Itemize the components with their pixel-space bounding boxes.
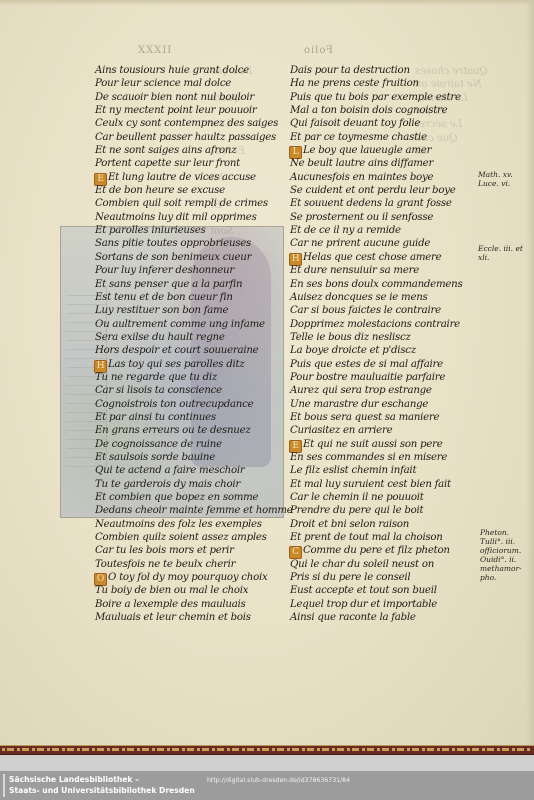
verse-line: Combien quil soit rempli de crimes bbox=[95, 197, 290, 210]
verse-line-text: Et par ce toymesme chastie bbox=[290, 132, 427, 143]
verse-line-text: Et de ce il ny a remide bbox=[290, 225, 401, 236]
verse-line: Curiasitez en arriere bbox=[290, 424, 485, 437]
verse-line-text: Et par ainsi tu continues bbox=[95, 412, 216, 423]
verse-line-text: Et qui ne suit aussi son pere bbox=[303, 439, 443, 450]
verse-line-text: Sera exilse du hault regne bbox=[95, 332, 225, 343]
rubricated-initial-icon: H bbox=[290, 254, 301, 265]
verse-line-text: Tu te garderois dy mais choir bbox=[95, 479, 240, 490]
verse-line: Neautmoins des folz les exemples bbox=[95, 518, 290, 531]
rubricated-initial-icon: C bbox=[290, 547, 301, 558]
verse-line: Hors despoir et court souueraine bbox=[95, 344, 290, 357]
gilt-tooling bbox=[2, 748, 530, 751]
verse-line-text: Aurez qui sera trop estrange bbox=[290, 385, 432, 396]
verse-line: Et combien que bopez en somme bbox=[95, 491, 290, 504]
verse-line: Dedans cheoir mainte femme et homme bbox=[95, 504, 290, 517]
margin-note-line: officiorum. bbox=[480, 546, 522, 555]
rubricated-initial-icon: E bbox=[95, 174, 106, 185]
scan-background bbox=[0, 755, 534, 771]
verse-line: Et bous sera quest sa maniere bbox=[290, 411, 485, 424]
verse-line-text: Pris si du pere le conseil bbox=[290, 572, 410, 583]
verse-line-text: Et sans penser que a la parfin bbox=[95, 279, 242, 290]
verse-line: Car ne prirent aucune guide bbox=[290, 237, 485, 250]
verse-line-text: Car ne prirent aucune guide bbox=[290, 238, 430, 249]
verse-line: HHelas que cest chose amere bbox=[290, 251, 485, 264]
verse-line-text: Neautmoins luy dit mil opprimes bbox=[95, 212, 257, 223]
verse-line: Portent capette sur leur front bbox=[95, 157, 290, 170]
verse-line: Luy restituer son bon fame bbox=[95, 304, 290, 317]
verse-line: Se cuident et ont perdu leur boye bbox=[290, 184, 485, 197]
verse-line: Le filz eslist chemin infait bbox=[290, 464, 485, 477]
verse-line: Cognoistrois ton outrecupdance bbox=[95, 398, 290, 411]
verse-line: Mauluais et leur chemin et bois bbox=[95, 611, 290, 624]
show-through-text: Le secret bbox=[415, 119, 462, 130]
margin-note-line: methamor- bbox=[480, 564, 522, 573]
verse-line-text: Portent capette sur leur front bbox=[95, 158, 240, 169]
verse-line-text: Car beullent passer haultz passaiges bbox=[95, 132, 276, 143]
verse-line-text: Toutesfois ne te beulx cherir bbox=[95, 559, 235, 570]
verse-line: De scauoir bien nont nul bouloir bbox=[95, 91, 290, 104]
page-top-shadow bbox=[0, 0, 534, 6]
verse-line-text: Combien quil soit rempli de crimes bbox=[95, 198, 268, 209]
margin-note-line: Eccle. iii. et bbox=[478, 244, 523, 253]
verse-line-text: Pour luy inferer deshonneur bbox=[95, 265, 234, 276]
verse-line-text: Dedans cheoir mainte femme et homme bbox=[95, 505, 293, 516]
verse-line: Droit et bni selon raison bbox=[290, 518, 485, 531]
verse-line: Prendre du pere qui le boit bbox=[290, 504, 485, 517]
verse-line-text: Et prent de tout mal la choison bbox=[290, 532, 443, 543]
verse-line: Se prosternent ou il senfosse bbox=[290, 211, 485, 224]
verse-line: Lequel trop dur et importable bbox=[290, 598, 485, 611]
margin-note-gospel-reference: Math. xv.Luce. vi. bbox=[478, 170, 513, 188]
verse-line-text: Ou aultrement comme ung infame bbox=[95, 319, 265, 330]
margin-note-line: Tulli°. iii. bbox=[480, 537, 522, 546]
verse-line-text: Car tu les bois mors et perir bbox=[95, 545, 234, 556]
verse-line-text: Qui faisoit deuant toy folie bbox=[290, 118, 420, 129]
verse-line: Sortans de son benimeux cueur bbox=[95, 251, 290, 264]
verse-line: Et de bon heure se excuse bbox=[95, 184, 290, 197]
rubricated-initial-icon: L bbox=[290, 147, 301, 158]
margin-note-line: Ouidi°. ii. bbox=[480, 555, 522, 564]
margin-note-line: xli. bbox=[478, 253, 523, 262]
verse-line-text: De cognoissance de ruine bbox=[95, 439, 222, 450]
verse-line-text: Neautmoins des folz les exemples bbox=[95, 519, 262, 530]
show-through-text: Et bbox=[415, 146, 426, 157]
verse-line: Pris si du pere le conseil bbox=[290, 571, 485, 584]
verse-line-text: Ceulx cy sont contempnez des saiges bbox=[95, 118, 278, 129]
manuscript-page: XXXII Folio Ains tousiours huie grant do… bbox=[0, 0, 534, 745]
verse-line-text: Pour bostre mauluaitie parfaire bbox=[290, 372, 445, 383]
verse-line-text: Curiasitez en arriere bbox=[290, 425, 392, 436]
verse-line-text: En ses bons doulx commandemens bbox=[290, 279, 462, 290]
verse-line: Ceulx cy sont contempnez des saiges bbox=[95, 117, 290, 130]
verse-line-text: Helas que cest chose amere bbox=[303, 252, 441, 263]
verse-line-text: Et ny mectent point leur pouuoir bbox=[95, 105, 257, 116]
verse-line-text: Et parolles iniurieuses bbox=[95, 225, 205, 236]
show-through-text: Le x bbox=[210, 119, 231, 130]
permalink-url[interactable]: http://digital.slub-dresden.de/id3786367… bbox=[207, 777, 350, 784]
verse-line: Mal a ton boisin dois cognoistre bbox=[290, 104, 485, 117]
verse-line: Aurez qui sera trop estrange bbox=[290, 384, 485, 397]
verse-line: EEt qui ne suit aussi son pere bbox=[290, 438, 485, 451]
verse-line-text: Tu boiy de bien ou mal le choix bbox=[95, 585, 248, 596]
verse-line: Tu boiy de bien ou mal le choix bbox=[95, 584, 290, 597]
verse-line: Combien quilz soient assez amples bbox=[95, 531, 290, 544]
verse-line-text: Et bous sera quest sa maniere bbox=[290, 412, 439, 423]
verse-line: EEt lung lautre de vices accuse bbox=[95, 171, 290, 184]
verse-line-text: Se cuident et ont perdu leur boye bbox=[290, 185, 456, 196]
show-through-text: Quatre choses bbox=[415, 66, 488, 77]
verse-line: Qui te actend a faire meschoir bbox=[95, 464, 290, 477]
verse-line: Car le chemin il ne pouuoit bbox=[290, 491, 485, 504]
verse-line: Ne beult lautre ains diffamer bbox=[290, 157, 485, 170]
verse-line: Auisez doncques se ie mens bbox=[290, 291, 485, 304]
verse-line: Car si bous faictes le contraire bbox=[290, 304, 485, 317]
verse-line: Une marastre dur eschange bbox=[290, 398, 485, 411]
margin-note-line: Luce. vi. bbox=[478, 179, 513, 188]
verse-line-text: Et combien que bopez en somme bbox=[95, 492, 258, 503]
show-through-text: Sont bbox=[210, 226, 233, 237]
verse-line-text: Et mal luy suruient cest bien fait bbox=[290, 479, 451, 490]
verse-line: Ainsi que raconte la fable bbox=[290, 611, 485, 624]
institution-name-line1: Sächsische Landesbibliothek – bbox=[9, 774, 195, 785]
verse-line-text: Ne beult lautre ains diffamer bbox=[290, 158, 433, 169]
verse-line-text: Le boy que laueugle amer bbox=[303, 145, 431, 156]
verse-line: Pour luy inferer deshonneur bbox=[95, 264, 290, 277]
verse-line: Et ny mectent point leur pouuoir bbox=[95, 104, 290, 117]
verse-line-text: Se prosternent ou il senfosse bbox=[290, 212, 433, 223]
verse-line-text: Telle ie bous diz nesliscz bbox=[290, 332, 411, 343]
verse-line: Puis que estes de si mal affaire bbox=[290, 358, 485, 371]
institution-name-line2: Staats- und Universitätsbibliothek Dresd… bbox=[9, 785, 195, 796]
verse-line-text: Comme du pere et filz pheton bbox=[303, 545, 450, 556]
verse-line-text: Car le chemin il ne pouuoit bbox=[290, 492, 424, 503]
verse-line: LLe boy que laueugle amer bbox=[290, 144, 485, 157]
verse-line-text: Ha ne prens ceste fruition bbox=[290, 78, 419, 89]
verse-line-text: Et dure nensuiuir sa mere bbox=[290, 265, 419, 276]
verse-line-text: Dais pour ta destruction bbox=[290, 65, 410, 76]
verse-line-text: Pour leur science mal dolce bbox=[95, 78, 231, 89]
running-head-folio-number: XXXII bbox=[138, 45, 172, 56]
verse-line-text: Le filz eslist chemin infait bbox=[290, 465, 416, 476]
text-column-left: Ains tousiours huie grant dolcePour leur… bbox=[95, 64, 290, 624]
verse-line-text: En grans erreurs ou te desnuez bbox=[95, 425, 251, 436]
verse-line: Neautmoins luy dit mil opprimes bbox=[95, 211, 290, 224]
verse-line-text: Et souuent dedens la grant fosse bbox=[290, 198, 452, 209]
rubricated-initial-icon: O bbox=[95, 574, 106, 585]
show-through-text: Le chemin bbox=[415, 93, 468, 104]
show-through-text: Et leur bbox=[210, 146, 245, 157]
verse-line: Car beullent passer haultz passaiges bbox=[95, 131, 290, 144]
verse-line-text: Eust accepte et tout son bueil bbox=[290, 585, 437, 596]
verse-line: Toutesfois ne te beulx cherir bbox=[95, 558, 290, 571]
margin-note-classical-reference: Pheton.Tulli°. iii.officiorum.Ouidi°. ii… bbox=[480, 528, 522, 582]
verse-line-text: Combien quilz soient assez amples bbox=[95, 532, 267, 543]
verse-line: Boire a lexemple des mauluais bbox=[95, 598, 290, 611]
verse-line: Et prent de tout mal la choison bbox=[290, 531, 485, 544]
verse-line-text: Est tenu et de bon cueur fin bbox=[95, 292, 233, 303]
verse-line: Qui le char du soleil neust on bbox=[290, 558, 485, 571]
verse-line: Car si lisois ta conscience bbox=[95, 384, 290, 397]
verse-line: Eust accepte et tout son bueil bbox=[290, 584, 485, 597]
margin-note-line: Math. xv. bbox=[478, 170, 513, 179]
verse-line-text: Sortans de son benimeux cueur bbox=[95, 252, 251, 263]
verse-line-text: Puis que estes de si mal affaire bbox=[290, 359, 443, 370]
verse-line: Et dure nensuiuir sa mere bbox=[290, 264, 485, 277]
verse-line: Tu te garderois dy mais choir bbox=[95, 478, 290, 491]
verse-line: Car tu les bois mors et perir bbox=[95, 544, 290, 557]
verse-line: Sera exilse du hault regne bbox=[95, 331, 290, 344]
show-through-text: Que cite bbox=[415, 133, 457, 144]
verse-line: Et ne sont saiges ains afronz bbox=[95, 144, 290, 157]
show-through-text: Mi bbox=[210, 173, 223, 184]
verse-line-text: Dopprimez molestacions contraire bbox=[290, 319, 460, 330]
rubricated-initial-icon: E bbox=[290, 441, 301, 452]
verse-line: Dopprimez molestacions contraire bbox=[290, 318, 485, 331]
verse-line-text: Qui te actend a faire meschoir bbox=[95, 465, 245, 476]
verse-line: Et saulsois sorde bauine bbox=[95, 451, 290, 464]
verse-line: Telle ie bous diz nesliscz bbox=[290, 331, 485, 344]
verse-line: Sans pitie toutes opprobrieuses bbox=[95, 237, 290, 250]
institution-name: Sächsische Landesbibliothek – Staats- un… bbox=[9, 774, 195, 796]
library-footer: Sächsische Landesbibliothek – Staats- un… bbox=[0, 771, 534, 800]
verse-line: La boye droicte et p'discz bbox=[290, 344, 485, 357]
margin-note-ecclesiasticus-reference: Eccle. iii. etxli. bbox=[478, 244, 523, 262]
verse-line-text: Ainsi que raconte la fable bbox=[290, 612, 416, 623]
verse-line-text: Boire a lexemple des mauluais bbox=[95, 599, 246, 610]
verse-line: Et sans penser que a la parfin bbox=[95, 278, 290, 291]
verse-line-text: Luy restituer son bon fame bbox=[95, 305, 228, 316]
verse-line: Pour bostre mauluaitie parfaire bbox=[290, 371, 485, 384]
text-column-right: Dais pour ta destructionHa ne prens cest… bbox=[290, 64, 485, 624]
verse-line-text: Mauluais et leur chemin et bois bbox=[95, 612, 251, 623]
verse-line: Aucunesfois en maintes boye bbox=[290, 171, 485, 184]
verse-line: De cognoissance de ruine bbox=[95, 438, 290, 451]
rubricated-initial-icon: H bbox=[95, 361, 106, 372]
verse-line: Et souuent dedens la grant fosse bbox=[290, 197, 485, 210]
verse-line-text: La boye droicte et p'discz bbox=[290, 345, 416, 356]
verse-line-text: Aucunesfois en maintes boye bbox=[290, 172, 433, 183]
show-through-text: Ne tairoie on bbox=[415, 79, 482, 90]
verse-line-text: Tu ne regarde que tu diz bbox=[95, 372, 217, 383]
verse-line: Et parolles iniurieuses bbox=[95, 224, 290, 237]
verse-line-text: Prendre du pere qui le boit bbox=[290, 505, 423, 516]
verse-line: Pour leur science mal dolce bbox=[95, 77, 290, 90]
verse-line: CComme du pere et filz pheton bbox=[290, 544, 485, 557]
verse-line: En grans erreurs ou te desnuez bbox=[95, 424, 290, 437]
verse-line-text: Et de bon heure se excuse bbox=[95, 185, 225, 196]
verse-line-text: Sans pitie toutes opprobrieuses bbox=[95, 238, 251, 249]
verse-line: Tu ne regarde que tu diz bbox=[95, 371, 290, 384]
verse-line-text: O toy fol dy moy pourquoy choix bbox=[108, 572, 267, 583]
margin-note-line: Pheton. bbox=[480, 528, 522, 537]
verse-line: Est tenu et de bon cueur fin bbox=[95, 291, 290, 304]
verse-line: Ou aultrement comme ung infame bbox=[95, 318, 290, 331]
verse-line-text: Lequel trop dur et importable bbox=[290, 599, 437, 610]
page-right-edge bbox=[526, 0, 534, 745]
verse-line-text: Las toy qui ses parolles ditz bbox=[108, 359, 244, 370]
show-through-text: Quant bbox=[210, 93, 241, 104]
show-through-text: Et bbox=[210, 200, 221, 211]
verse-line: OO toy fol dy moy pourquoy choix bbox=[95, 571, 290, 584]
verse-line-text: Car si lisois ta conscience bbox=[95, 385, 222, 396]
verse-line-text: Hors despoir et court souueraine bbox=[95, 345, 258, 356]
verse-line-text: Car si bous faictes le contraire bbox=[290, 305, 441, 316]
verse-line: Et de ce il ny a remide bbox=[290, 224, 485, 237]
margin-note-line: pho. bbox=[480, 573, 522, 582]
verse-line: Et par ainsi tu continues bbox=[95, 411, 290, 424]
verse-line-text: Une marastre dur eschange bbox=[290, 399, 428, 410]
running-head-folio-label: Folio bbox=[303, 45, 333, 56]
show-through-text: Deu que bbox=[210, 66, 252, 77]
verse-line-text: Qui le char du soleil neust on bbox=[290, 559, 434, 570]
footer-accent-bar bbox=[3, 774, 5, 797]
verse-line-text: Droit et bni selon raison bbox=[290, 519, 409, 530]
verse-line: En ses bons doulx commandemens bbox=[290, 278, 485, 291]
verse-line: Et mal luy suruient cest bien fait bbox=[290, 478, 485, 491]
verse-line-text: Auisez doncques se ie mens bbox=[290, 292, 428, 303]
binding-edge bbox=[0, 745, 534, 755]
verse-line-text: En ses commandes si en misere bbox=[290, 452, 447, 463]
show-through-text: Et pol bbox=[415, 106, 445, 117]
verse-line-text: Cognoistrois ton outrecupdance bbox=[95, 399, 253, 410]
verse-line: Ains tousiours huie grant dolce bbox=[95, 64, 290, 77]
verse-line-text: Et saulsois sorde bauine bbox=[95, 452, 215, 463]
verse-line-text: Et lung lautre de vices accuse bbox=[108, 172, 256, 183]
verse-line: En ses commandes si en misere bbox=[290, 451, 485, 464]
verse-line: HLas toy qui ses parolles ditz bbox=[95, 358, 290, 371]
